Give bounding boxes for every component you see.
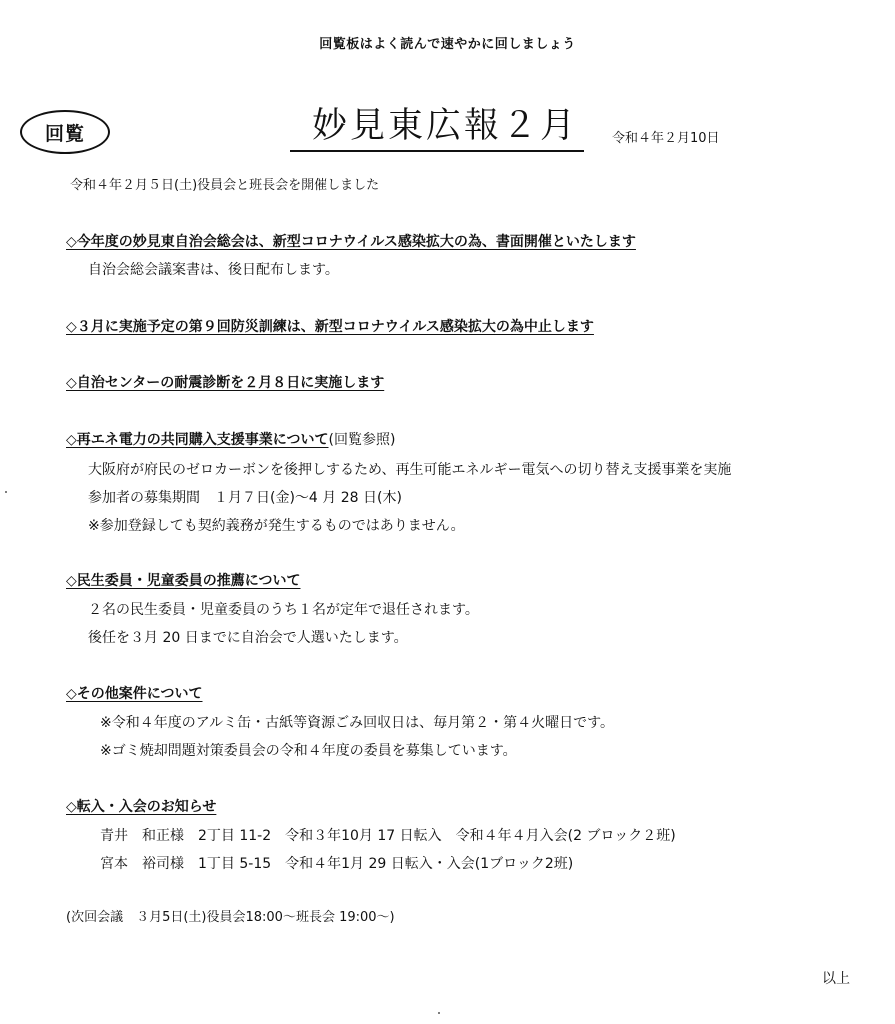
section-heading-welfare-commissioner: ◇民生委員・児童委員の推薦について bbox=[66, 570, 301, 590]
scan-speck bbox=[5, 491, 7, 493]
section-heading-other-matters: ◇その他案件について bbox=[66, 683, 203, 703]
section-line: 後任を３月 20 日までに自治会で人選いたします。 bbox=[88, 627, 408, 647]
closing-mark: 以上 bbox=[822, 968, 850, 988]
member-entry: 青井 和正様 2丁目 11-2 令和３年10月 17 日転入 令和４年４月入会(… bbox=[100, 825, 676, 845]
intro-text: 令和４年２月５日(土)役員会と班長会を開催しました bbox=[70, 174, 379, 193]
section-line: ※ゴミ焼却問題対策委員会の令和４年度の委員を募集しています。 bbox=[100, 740, 517, 760]
page-title: 妙見東広報２月 bbox=[290, 104, 584, 152]
section-line: ※令和４年度のアルミ缶・古紙等資源ごみ回収日は、毎月第２・第４火曜日です。 bbox=[100, 712, 614, 732]
member-entry: 宮本 裕司様 1丁目 5-15 令和４年1月 29 日転入・入会(1ブロック2班… bbox=[100, 853, 573, 873]
section-heading-disaster-drill: ◇３月に実施予定の第９回防災訓練は、新型コロナウイルス感染拡大の為中止します bbox=[66, 316, 594, 336]
heading-text: ◇再エネ電力の共同購入支援事業について bbox=[66, 432, 329, 448]
section-heading-seismic-check: ◇自治センターの耐震診断を２月８日に実施します bbox=[66, 372, 384, 392]
next-meeting-note: (次回会議 ３月5日(土)役員会18:00～班長会 19:00～) bbox=[66, 906, 395, 925]
section-line: ※参加登録しても契約義務が発生するものではありません。 bbox=[88, 515, 465, 535]
section-line: ２名の民生委員・児童委員のうち１名が定年で退任されます。 bbox=[88, 599, 479, 619]
issue-date: 令和４年２月10日 bbox=[612, 127, 720, 146]
section-line: 大阪府が府民のゼロカーボンを後押しするため、再生可能エネルギー電気への切り替え支… bbox=[88, 459, 731, 479]
scan-speck bbox=[438, 1012, 440, 1014]
section-heading-renewable-energy: ◇再エネ電力の共同購入支援事業について(回覧参照) bbox=[66, 429, 395, 449]
section-line: 自治会総会議案書は、後日配布します。 bbox=[88, 259, 339, 279]
section-heading-general-meeting: ◇今年度の妙見東自治会総会は、新型コロナウイルス感染拡大の為、書面開催といたしま… bbox=[66, 231, 636, 251]
section-line: 参加者の募集期間 １月７日(金)～4 月 28 日(木) bbox=[88, 487, 402, 507]
circulation-stamp: 回覧 bbox=[20, 110, 110, 154]
circulation-reminder: 回覧板はよく読んで速やかに回しましょう bbox=[0, 33, 895, 52]
section-heading-new-members: ◇転入・入会のお知らせ bbox=[66, 796, 216, 816]
heading-suffix: (回覧参照) bbox=[329, 429, 396, 449]
